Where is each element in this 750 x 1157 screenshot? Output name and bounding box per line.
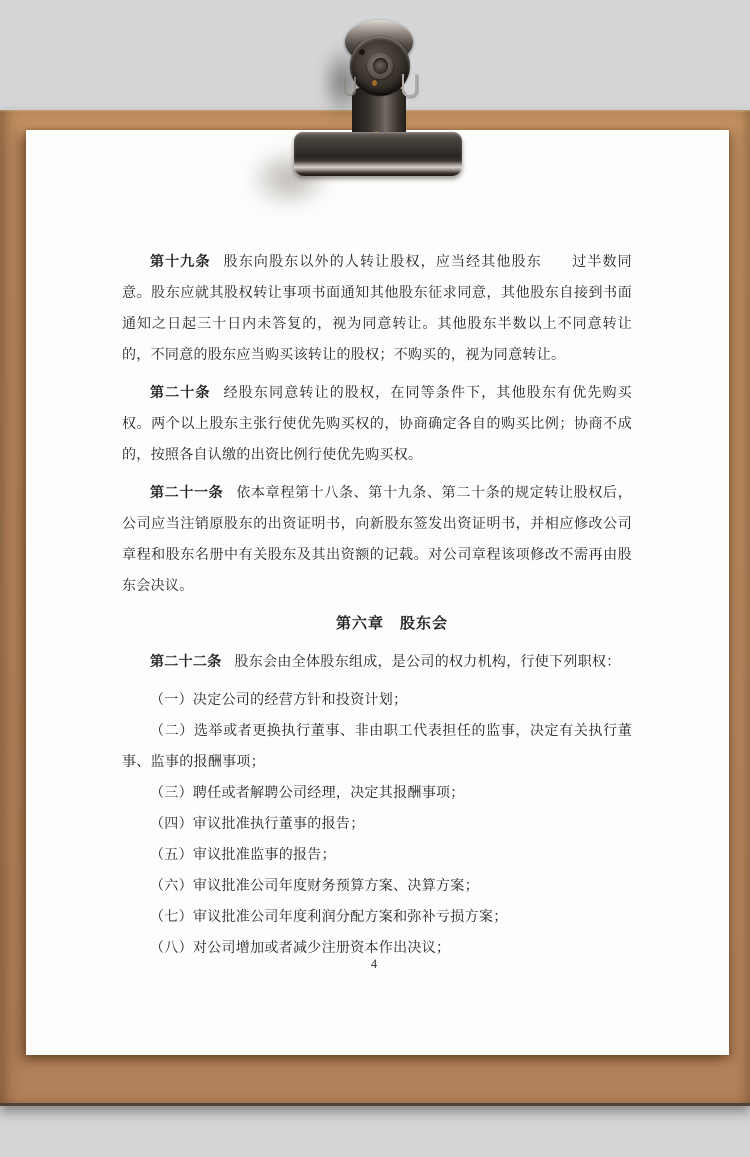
clip-amber-dot-top — [372, 80, 377, 86]
list-item-7: （七）审议批准公司年度利润分配方案和弥补亏损方案； — [122, 902, 632, 933]
list-item-2: （二）选举或者更换执行董事、非由职工代表担任的监事，决定有关执行董事、监事的报酬… — [122, 716, 632, 778]
article-22-text: 股东会由全体股东组成，是公司的权力机构，行使下列职权： — [235, 655, 621, 670]
list-item-6: （六）审议批准公司年度财务预算方案、决算方案； — [122, 871, 632, 902]
article-19: 第十九条股东向股东以外的人转让股权，应当经其他股东 过半数同意。股东应就其股权转… — [122, 247, 632, 371]
article-19-number: 第十九条 — [150, 255, 211, 270]
list-item-3: （三）聘任或者解聘公司经理，决定其报酬事项； — [122, 778, 632, 809]
article-20-number: 第二十条 — [150, 386, 211, 401]
clipboard-board: 第十九条股东向股东以外的人转让股权，应当经其他股东 过半数同意。股东应就其股权转… — [0, 110, 750, 1106]
article-22-number: 第二十二条 — [150, 655, 222, 670]
list-item-1: （一）决定公司的经营方针和投资计划； — [122, 685, 632, 716]
document-page: 第十九条股东向股东以外的人转让股权，应当经其他股东 过半数同意。股东应就其股权转… — [26, 130, 729, 1055]
list-item-5: （五）审议批准监事的报告； — [122, 840, 632, 871]
article-21: 第二十一条依本章程第十八条、第十九条、第二十条的规定转让股权后，公司应当注销原股… — [122, 478, 632, 602]
clip-rivet-dot — [359, 49, 365, 55]
clip-lever-left — [344, 77, 356, 96]
article-22: 第二十二条股东会由全体股东组成，是公司的权力机构，行使下列职权： — [122, 647, 632, 678]
desk-background: 第十九条股东向股东以外的人转让股权，应当经其他股东 过半数同意。股东应就其股权转… — [0, 0, 750, 1157]
page-number: 4 — [344, 957, 404, 972]
list-item-4: （四）审议批准执行董事的报告； — [122, 809, 632, 840]
article-21-text: 依本章程第十八条、第十九条、第二十条的规定转让股权后，公司应当注销原股东的出资证… — [122, 486, 632, 594]
clip-hole — [373, 58, 388, 74]
article-21-number: 第二十一条 — [150, 486, 223, 501]
document-body: 第十九条股东向股东以外的人转让股权，应当经其他股东 过半数同意。股东应就其股权转… — [122, 240, 632, 964]
chapter-heading: 第六章 股东会 — [122, 609, 632, 640]
article-19-text: 股东向股东以外的人转让股权，应当经其他股东 过半数同意。股东应就其股权转让事项书… — [122, 255, 632, 363]
bulldog-clip-icon — [270, 14, 490, 189]
clip-jaw-bar — [294, 132, 462, 176]
article-20: 第二十条经股东同意转让的股权，在同等条件下，其他股东有优先购买权。两个以上股东主… — [122, 378, 632, 471]
clip-lever-right — [402, 74, 417, 97]
